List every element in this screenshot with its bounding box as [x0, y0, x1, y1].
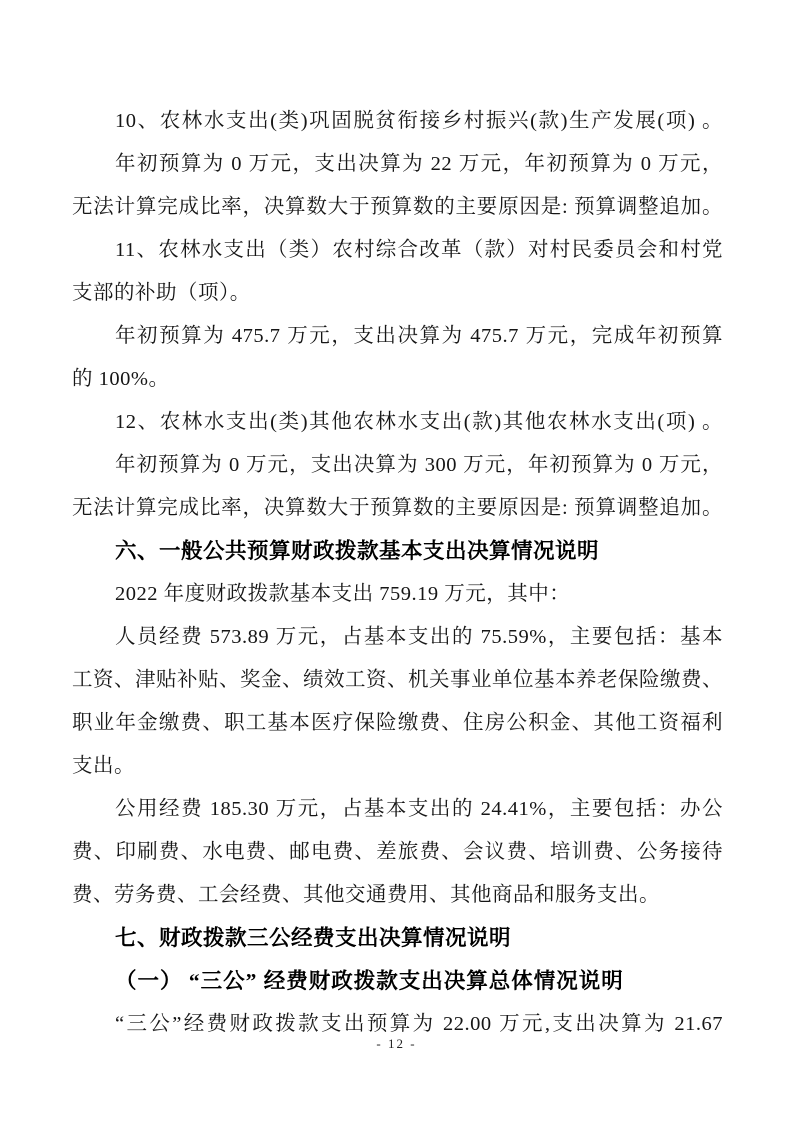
paragraph-personnel-expense: 职业年金缴费、职工基本医疗保险缴费、住房公积金、其他工资福利	[72, 702, 723, 745]
section-heading-6: 六、一般公共预算财政拨款基本支出决算情况说明	[72, 530, 723, 573]
paragraph-item12-title: 12、农林水支出(类)其他农林水支出(款)其他农林水支出(项) 。	[72, 401, 723, 444]
paragraph-item10-detail: 无法计算完成比率，决算数大于预算数的主要原因是: 预算调整追加。	[72, 186, 723, 229]
paragraph-item11-title: 支部的补助（项）。	[72, 272, 723, 315]
paragraph-item11-detail: 年初预算为 475.7 万元，支出决算为 475.7 万元，完成年初预算	[72, 315, 723, 358]
paragraph-item12-detail: 年初预算为 0 万元，支出决算为 300 万元，年初预算为 0 万元，	[72, 444, 723, 487]
subsection-heading-7-1: （一） “三公” 经费财政拨款支出决算总体情况说明	[72, 960, 723, 1003]
section-heading-7: 七、财政拨款三公经费支出决算情况说明	[72, 917, 723, 960]
paragraph-item10-detail: 年初预算为 0 万元，支出决算为 22 万元，年初预算为 0 万元，	[72, 143, 723, 186]
paragraph-public-expense: 公用经费 185.30 万元，占基本支出的 24.41%，主要包括：办公	[72, 788, 723, 831]
paragraph-item11-detail: 的 100%。	[72, 358, 723, 401]
paragraph-public-expense: 费、印刷费、水电费、邮电费、差旅费、会议费、培训费、公务接待	[72, 831, 723, 874]
paragraph-item10-title: 10、农林水支出(类)巩固脱贫衔接乡村振兴(款)生产发展(项) 。	[72, 100, 723, 143]
paragraph-basic-expense-total: 2022 年度财政拨款基本支出 759.19 万元，其中：	[72, 573, 723, 616]
document-body: 10、农林水支出(类)巩固脱贫衔接乡村振兴(款)生产发展(项) 。年初预算为 0…	[72, 100, 723, 1046]
document-page: 10、农林水支出(类)巩固脱贫衔接乡村振兴(款)生产发展(项) 。年初预算为 0…	[0, 0, 793, 1122]
paragraph-personnel-expense: 支出。	[72, 745, 723, 788]
page-number: - 12 -	[0, 1036, 793, 1052]
paragraph-personnel-expense: 工资、津贴补贴、奖金、绩效工资、机关事业单位基本养老保险缴费、	[72, 659, 723, 702]
paragraph-item12-detail: 无法计算完成比率，决算数大于预算数的主要原因是: 预算调整追加。	[72, 487, 723, 530]
paragraph-personnel-expense: 人员经费 573.89 万元，占基本支出的 75.59%，主要包括：基本	[72, 616, 723, 659]
paragraph-public-expense: 费、劳务费、工会经费、其他交通费用、其他商品和服务支出。	[72, 874, 723, 917]
paragraph-item11-title: 11、农林水支出（类）农村综合改革（款）对村民委员会和村党	[72, 229, 723, 272]
